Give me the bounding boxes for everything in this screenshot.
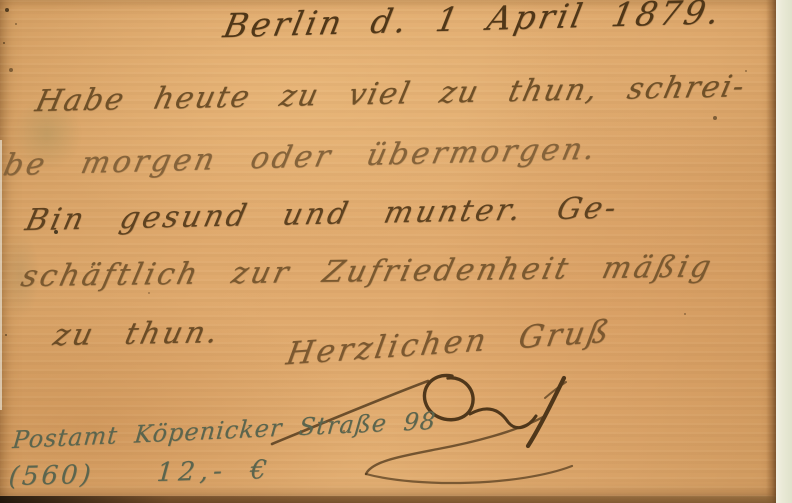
bottom-edge-shadow (0, 496, 776, 503)
scan-background-strip (776, 0, 792, 503)
pencil-note-catalog: (560) (8, 460, 95, 492)
body-line: zu thun. (50, 315, 224, 353)
postcard-scan: Berlin d. 1 April 1879. Habe heute zu vi… (0, 0, 792, 503)
pencil-note-price: 12,- € (156, 455, 273, 488)
dust-speckles (0, 0, 2, 2)
card-right-edge-shadow (766, 0, 776, 503)
